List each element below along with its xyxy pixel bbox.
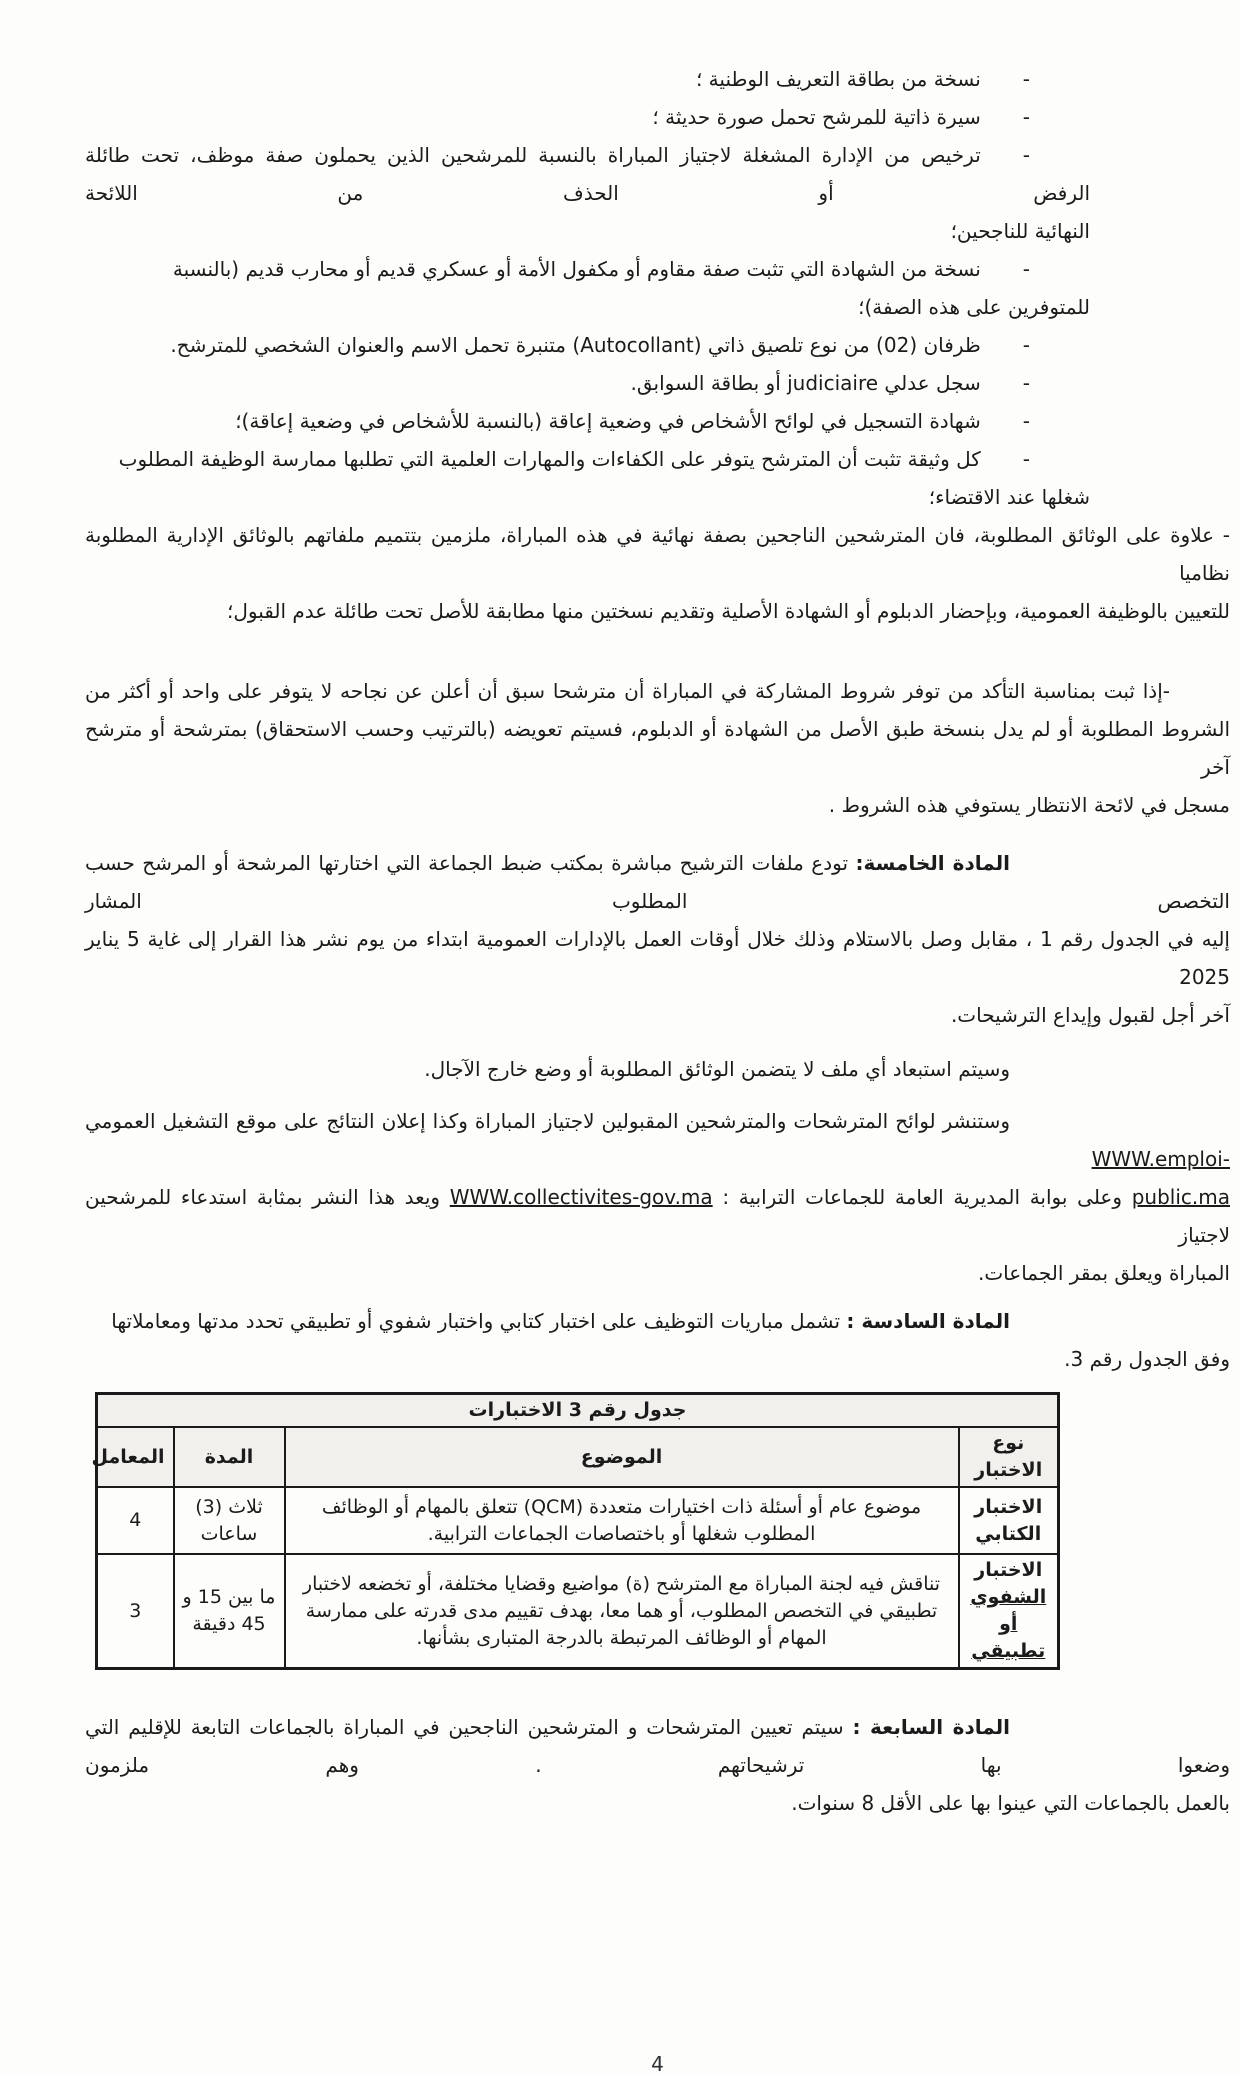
article6-label: المادة السادسة : [846, 1309, 1010, 1333]
bullet-text: نسخة من الشهادة التي تثبت صفة مقاوم أو م… [173, 257, 1090, 319]
spacer [85, 1822, 1230, 2052]
table-title-row: جدول رقم 3 الاختبارات [96, 1394, 1058, 1428]
article7-label: المادة السابعة : [853, 1715, 1011, 1739]
bullet-item: ترخيص من الإدارة المشغلة لاجتياز المبارا… [85, 136, 1090, 212]
article5-line1: المادة الخامسة: تودع ملفات الترشيح مباشر… [85, 844, 1230, 920]
bullet-text: سجل عدلي judiciaire أو بطاقة السوابق. [630, 371, 980, 395]
table-row: الاختبار الكتابي موضوع عام أو أسئلة ذات … [96, 1487, 1058, 1554]
dash-bullet-icon [1023, 333, 1030, 357]
emploi-public-link-part1[interactable]: WWW.emploi- [1092, 1147, 1230, 1171]
article5-label: المادة الخامسة: [855, 851, 1010, 875]
cell-exam-type: الاختبار الشفوي أو تطبيقي [959, 1554, 1059, 1669]
header-coefficient: المعامل [96, 1427, 173, 1487]
dash-bullet-icon [1023, 371, 1030, 395]
article5-text: تودع ملفات الترشيح مباشرة بمكتب ضبط الجم… [85, 851, 1230, 913]
article6-line: المادة السادسة : تشمل مباريات التوظيف عل… [85, 1302, 1230, 1378]
para-verification-line3: مسجل في لائحة الانتظار يستوفي هذه الشروط… [85, 786, 1230, 824]
bullet-text: ظرفان (02) من نوع تلصيق ذاتي (Autocollan… [170, 333, 980, 357]
bullet-text: ترخيص من الإدارة المشغلة لاجتياز المبارا… [85, 143, 1090, 205]
emploi-public-link-part2[interactable]: public.ma [1132, 1185, 1230, 1209]
header-subject: الموضوع [285, 1427, 959, 1487]
header-duration: المدة [174, 1427, 285, 1487]
bullet-text: شهادة التسجيل في لوائح الأشخاص في وضعية … [235, 409, 981, 433]
para-publication-line1: وستنشر لوائح المترشحات والمترشحين المقبو… [85, 1102, 1230, 1178]
bullet-item: كل وثيقة تثبت أن المترشح يتوفر على الكفا… [85, 440, 1090, 516]
dash-bullet-icon [1023, 67, 1030, 91]
bullet-text: نسخة من بطاقة التعريف الوطنية ؛ [696, 67, 981, 91]
bullet-item-continuation: النهائية للناجحين؛ [85, 212, 1090, 250]
table-header-row: نوع الاختبار الموضوع المدة المعامل [96, 1427, 1058, 1487]
dash-bullet-icon [1023, 409, 1030, 433]
article5-line2: إليه في الجدول رقم 1 ، مقابل وصل بالاستل… [85, 920, 1230, 996]
bullet-item: ظرفان (02) من نوع تلصيق ذاتي (Autocollan… [85, 326, 1090, 364]
cell-subject: تناقش فيه لجنة المباراة مع المترشح (ة) م… [285, 1554, 959, 1669]
publication-text: وستنشر لوائح المترشحات والمترشحين المقبو… [85, 1109, 1010, 1133]
exam-type-part2: الشفوي أو تطبيقي [970, 1586, 1046, 1662]
spacer [85, 1670, 1230, 1708]
cell-coefficient: 3 [96, 1554, 173, 1669]
exam-type-part1: الاختبار [974, 1559, 1042, 1581]
article7-text: سيتم تعيين المترشحات و المترشحين الناجحي… [85, 1715, 1230, 1777]
header-exam-type: نوع الاختبار [959, 1427, 1059, 1487]
dash-bullet-icon [1023, 257, 1030, 281]
collectivites-link[interactable]: WWW.collectivites-gov.ma [450, 1185, 713, 1209]
cell-duration: ثلاث (3) ساعات [174, 1487, 285, 1554]
spacer [85, 1034, 1230, 1050]
para-publication-line3: المباراة ويعلق بمقر الجماعات. [85, 1254, 1230, 1292]
article5-line3: آخر أجل لقبول وإيداع الترشيحات. [85, 996, 1230, 1034]
bullet-item: نسخة من الشهادة التي تثبت صفة مقاوم أو م… [85, 250, 1090, 326]
article7-line2: بالعمل بالجماعات التي عينوا بها على الأق… [85, 1784, 1230, 1822]
article6-text: تشمل مباريات التوظيف على اختبار كتابي وا… [111, 1309, 1230, 1371]
dash-bullet-icon [1023, 447, 1030, 471]
cell-exam-type: الاختبار الكتابي [959, 1487, 1059, 1554]
para-verification-line1: -إذا ثبت بمناسبة التأكد من توفر شروط الم… [85, 672, 1230, 710]
spacer [85, 824, 1230, 844]
cell-subject: موضوع عام أو أسئلة ذات اختيارات متعددة (… [285, 1487, 959, 1554]
dash-bullet-icon [1023, 105, 1030, 129]
bullet-text: كل وثيقة تثبت أن المترشح يتوفر على الكفا… [119, 447, 1090, 509]
bullet-item: شهادة التسجيل في لوائح الأشخاص في وضعية … [85, 402, 1090, 440]
cell-coefficient: 4 [96, 1487, 173, 1554]
para-publication-line2: public.ma وعلى بوابة المديرية العامة للج… [85, 1178, 1230, 1254]
publication-text: وعلى بوابة المديرية العامة للجماعات التر… [713, 1185, 1132, 1209]
bullet-item: نسخة من بطاقة التعريف الوطنية ؛ [85, 60, 1090, 98]
page-number: 4 [85, 2052, 1230, 2076]
para-exclusion: وسيتم استبعاد أي ملف لا يتضمن الوثائق ال… [85, 1050, 1230, 1088]
para-verification-line2: الشروط المطلوبة أو لم يدل بنسخة طبق الأص… [85, 710, 1230, 786]
para-extra-docs-line1: - علاوة على الوثائق المطلوبة، فان المترش… [85, 516, 1230, 592]
exams-table: جدول رقم 3 الاختبارات نوع الاختبار الموض… [95, 1392, 1060, 1670]
document-content: نسخة من بطاقة التعريف الوطنية ؛ سيرة ذات… [0, 0, 1240, 2076]
article7-line1: المادة السابعة : سيتم تعيين المترشحات و … [85, 1708, 1230, 1784]
scanned-document-page: نسخة من بطاقة التعريف الوطنية ؛ سيرة ذات… [0, 0, 1240, 2076]
table-row: الاختبار الشفوي أو تطبيقي تناقش فيه لجنة… [96, 1554, 1058, 1669]
dash-bullet-icon [1023, 143, 1030, 167]
spacer [85, 1292, 1230, 1302]
para-extra-docs-line2: للتعيين بالوظيفة العمومية، وبإحضار الدبل… [85, 592, 1230, 630]
cell-duration: ما بين 15 و 45 دقيقة [174, 1554, 285, 1669]
spacer [85, 630, 1230, 672]
spacer [85, 1088, 1230, 1102]
table-title: جدول رقم 3 الاختبارات [96, 1394, 1058, 1428]
bullet-item: سجل عدلي judiciaire أو بطاقة السوابق. [85, 364, 1090, 402]
bullet-item: سيرة ذاتية للمرشح تحمل صورة حديثة ؛ [85, 98, 1090, 136]
bullet-text: سيرة ذاتية للمرشح تحمل صورة حديثة ؛ [652, 105, 980, 129]
